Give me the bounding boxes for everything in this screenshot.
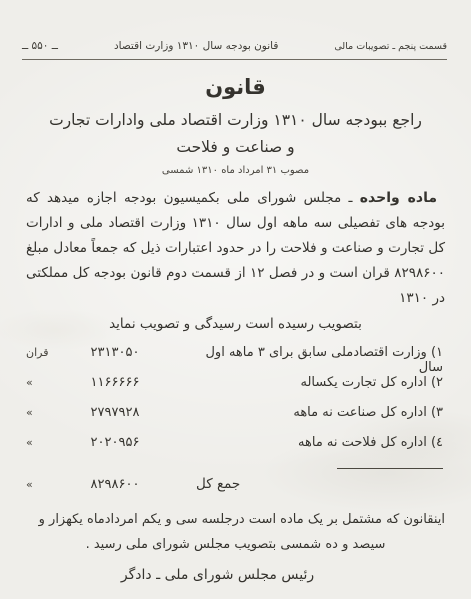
closing-line-1: اینقانون که مشتمل بر یک ماده است درجلسه … (26, 507, 445, 532)
budget-item-label: ۳) اداره کل صناعت نه ماهه (293, 405, 443, 420)
budget-item-amount: « ۱۱۶۶۶۶۶ (26, 375, 178, 390)
budget-item-row: ۳) اداره کل صناعت نه ماهه « ۲۷۹۷۹۲۸ (26, 405, 443, 435)
closing-line-2: سیصد و ده شمسی بتصویب مجلس شورای ملی رسی… (26, 532, 445, 557)
budget-item-value: ۲۳۱۳۰۵۰ (52, 345, 178, 360)
budget-item-row: ۱) وزارت اقتصادملی سابق برای ۳ ماهه اول … (26, 345, 443, 375)
budget-item-amount: « ۲۷۹۷۹۲۸ (26, 405, 178, 420)
total-label: جمع کل (196, 476, 240, 492)
article-body: ـ مجلس شورای ملی بکمیسیون بودجه اجازه می… (26, 190, 445, 306)
header-page-number: ــ ۵۵۰ ــ (22, 40, 58, 52)
article-paragraph: ماده واحده ـ مجلس شورای ملی بکمیسیون بود… (26, 186, 445, 311)
total-unit: « (26, 478, 52, 491)
budget-item-row: ٤) اداره کل فلاحت نه ماهه « ۲۰۲۰۹۵۶ (26, 435, 443, 465)
total-sum-rule (337, 468, 443, 469)
header-document-title: قانون بودجه سال ۱۳۱۰ وزارت اقتصاد (114, 40, 278, 52)
law-title: قانون (0, 75, 471, 99)
header-section-label: قسمت پنجم ـ تصویبات مالی (334, 41, 447, 52)
signature-line: رئیس مجلس شورای ملی ـ دادگر (0, 567, 453, 583)
total-value: ۸۲۹۸۶۰۰ (52, 477, 178, 492)
budget-item-amount: « ۲۰۲۰۹۵۶ (26, 435, 178, 450)
article-heading: ماده واحده (360, 190, 437, 206)
budget-item-unit: « (26, 376, 52, 389)
budget-item-unit: « (26, 436, 52, 449)
budget-item-label: ٤) اداره کل فلاحت نه ماهه (298, 435, 443, 450)
budget-item-label: ۱) وزارت اقتصادملی سابق برای ۳ ماهه اول … (178, 345, 443, 375)
budget-item-row: ۲) اداره کل تجارت یکساله « ۱۱۶۶۶۶۶ (26, 375, 443, 405)
budget-item-unit: قران (26, 346, 52, 359)
total-amount: « ۸۲۹۸۶۰۰ (26, 477, 178, 492)
approval-date: مصوب ۳۱ امرداد ماه ۱۳۱۰ شمسی (0, 165, 471, 176)
page-header: قسمت پنجم ـ تصویبات مالی قانون بودجه سال… (22, 40, 447, 60)
scanned-law-page: قسمت پنجم ـ تصویبات مالی قانون بودجه سال… (0, 0, 471, 583)
budget-item-value: ۱۱۶۶۶۶۶ (52, 375, 178, 390)
budget-item-unit: « (26, 406, 52, 419)
total-row: « ۸۲۹۸۶۰۰ جمع کل (26, 476, 443, 492)
closing-paragraph: اینقانون که مشتمل بر یک ماده است درجلسه … (26, 507, 445, 557)
article-closing-line: بتصویب رسیده است رسیدگی و تصویب نماید (0, 312, 471, 337)
budget-item-value: ۲۷۹۷۹۲۸ (52, 405, 178, 420)
budget-list: ۱) وزارت اقتصادملی سابق برای ۳ ماهه اول … (26, 345, 443, 492)
budget-item-value: ۲۰۲۰۹۵۶ (52, 435, 178, 450)
budget-item-amount: قران ۲۳۱۳۰۵۰ (26, 345, 178, 360)
budget-item-label: ۲) اداره کل تجارت یکساله (301, 375, 444, 390)
law-subtitle-line2: و صناعت و فلاحت (0, 138, 471, 156)
law-subtitle-line1: راجع ببودجه سال ۱۳۱۰ وزارت اقتصاد ملی وا… (0, 111, 471, 129)
